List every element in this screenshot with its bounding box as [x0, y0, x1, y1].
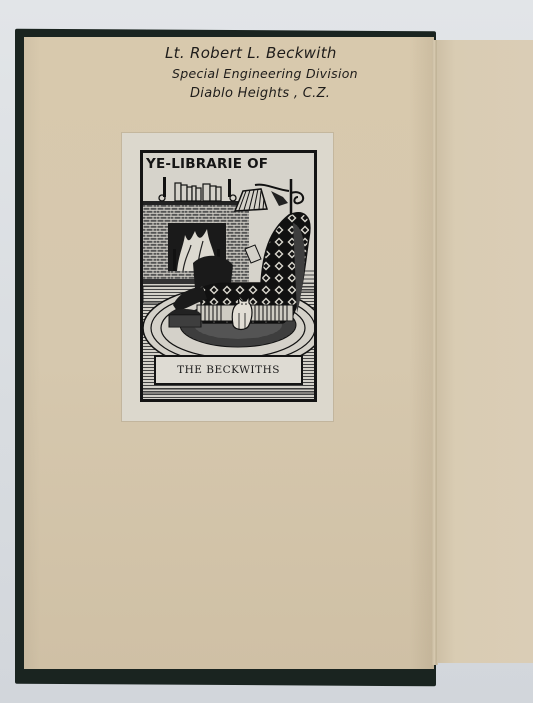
- bookplate-title: YE-LIBRARIE OF: [146, 156, 268, 172]
- bookplate-owner-box: THE BECKWITHS: [154, 355, 303, 385]
- inscription-location: Diablo Heights , C.Z.: [190, 86, 330, 101]
- bookplate: YE-LIBRARIE OF THE BECKWITHS: [122, 133, 333, 421]
- inscription-division: Special Engineering Division: [172, 66, 358, 81]
- inscription-name: Lt. Robert L. Beckwith: [165, 44, 337, 62]
- bookplate-frame: YE-LIBRARIE OF THE BECKWITHS: [140, 150, 317, 402]
- facing-page: [436, 40, 533, 663]
- book-gutter: [432, 40, 438, 665]
- bookplate-owner-name: THE BECKWITHS: [177, 364, 280, 376]
